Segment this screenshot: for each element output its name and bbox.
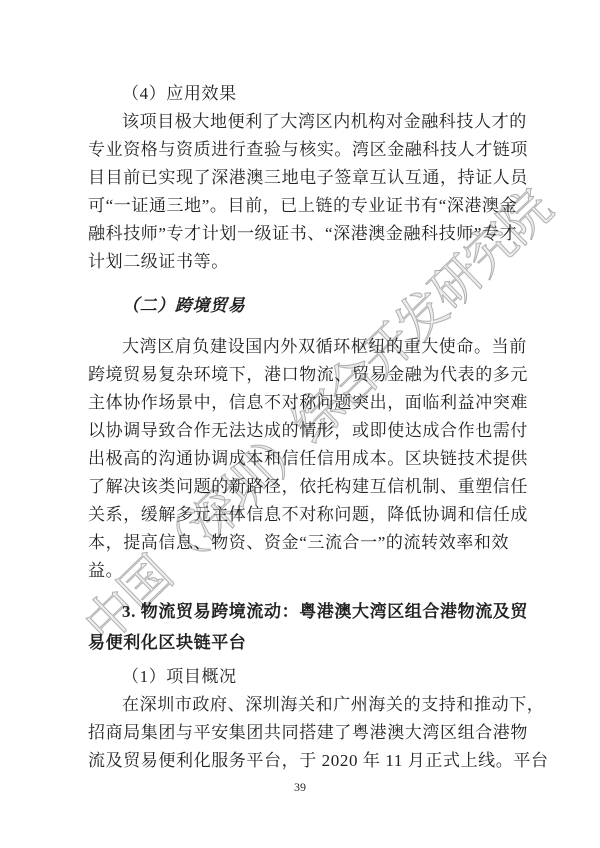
body-line: 大湾区肩负建设国内外双循环枢纽的重大使命。当前 — [88, 333, 516, 361]
subheading-project-overview: （1）项目概况 — [88, 663, 516, 691]
body-line: 本，提高信息、物资、资金“三流合一”的流转效率和效 — [88, 529, 516, 557]
body-line: 计划二级证书等。 — [88, 248, 516, 276]
item-heading-logistics-platform-line2: 易便利化区块链平台 — [88, 627, 516, 658]
item-heading-logistics-platform-line1: 3. 物流贸易跨境流动：粤港澳大湾区组合港物流及贸 — [88, 596, 516, 627]
page-content: （4）应用效果 该项目极大地便利了大湾区内机构对金融科技人才的 专业资格与资质进… — [88, 80, 516, 775]
body-line: 了解决该类问题的新路径，依托构建互信机制、重塑信任 — [88, 473, 516, 501]
document-page: 中国（深圳）综合开发研究院 （4）应用效果 该项目极大地便利了大湾区内机构对金融… — [0, 0, 600, 848]
body-line: 融科技师”专才计划一级证书、“深港澳金融科技师”专才 — [88, 220, 516, 248]
body-line: 出极高的沟通协调成本和信任信用成本。区块链技术提供 — [88, 445, 516, 473]
body-line: 以协调导致合作无法达成的情形，或即使达成合作也需付 — [88, 417, 516, 445]
body-line: 在深圳市政府、深圳海关和广州海关的支持和推动下， — [88, 691, 516, 719]
subheading-application-effect: （4）应用效果 — [88, 80, 516, 108]
body-line: 主体协作场景中，信息不对称问题突出，面临利益冲突难 — [88, 389, 516, 417]
body-line: 招商局集团与平安集团共同搭建了粤港澳大湾区组合港物 — [88, 719, 516, 747]
body-line: 关系，缓解多元主体信息不对称问题，降低协调和信任成 — [88, 501, 516, 529]
body-line: 专业资格与资质进行查验与核实。湾区金融科技人才链项 — [88, 136, 516, 164]
body-line: 该项目极大地便利了大湾区内机构对金融科技人才的 — [88, 108, 516, 136]
page-number: 39 — [0, 780, 600, 795]
body-line: 益。 — [88, 557, 516, 585]
section-heading-cross-border-trade: （二）跨境贸易 — [88, 292, 516, 320]
body-line: 可“一证通三地”。目前，已上链的专业证书有“深港澳金 — [88, 192, 516, 220]
body-line: 流及贸易便利化服务平台，于 2020 年 11 月正式上线。平台 — [88, 747, 516, 775]
body-line: 跨境贸易复杂环境下，港口物流、贸易金融为代表的多元 — [88, 361, 516, 389]
body-line: 目目前已实现了深港澳三地电子签章互认互通，持证人员 — [88, 164, 516, 192]
